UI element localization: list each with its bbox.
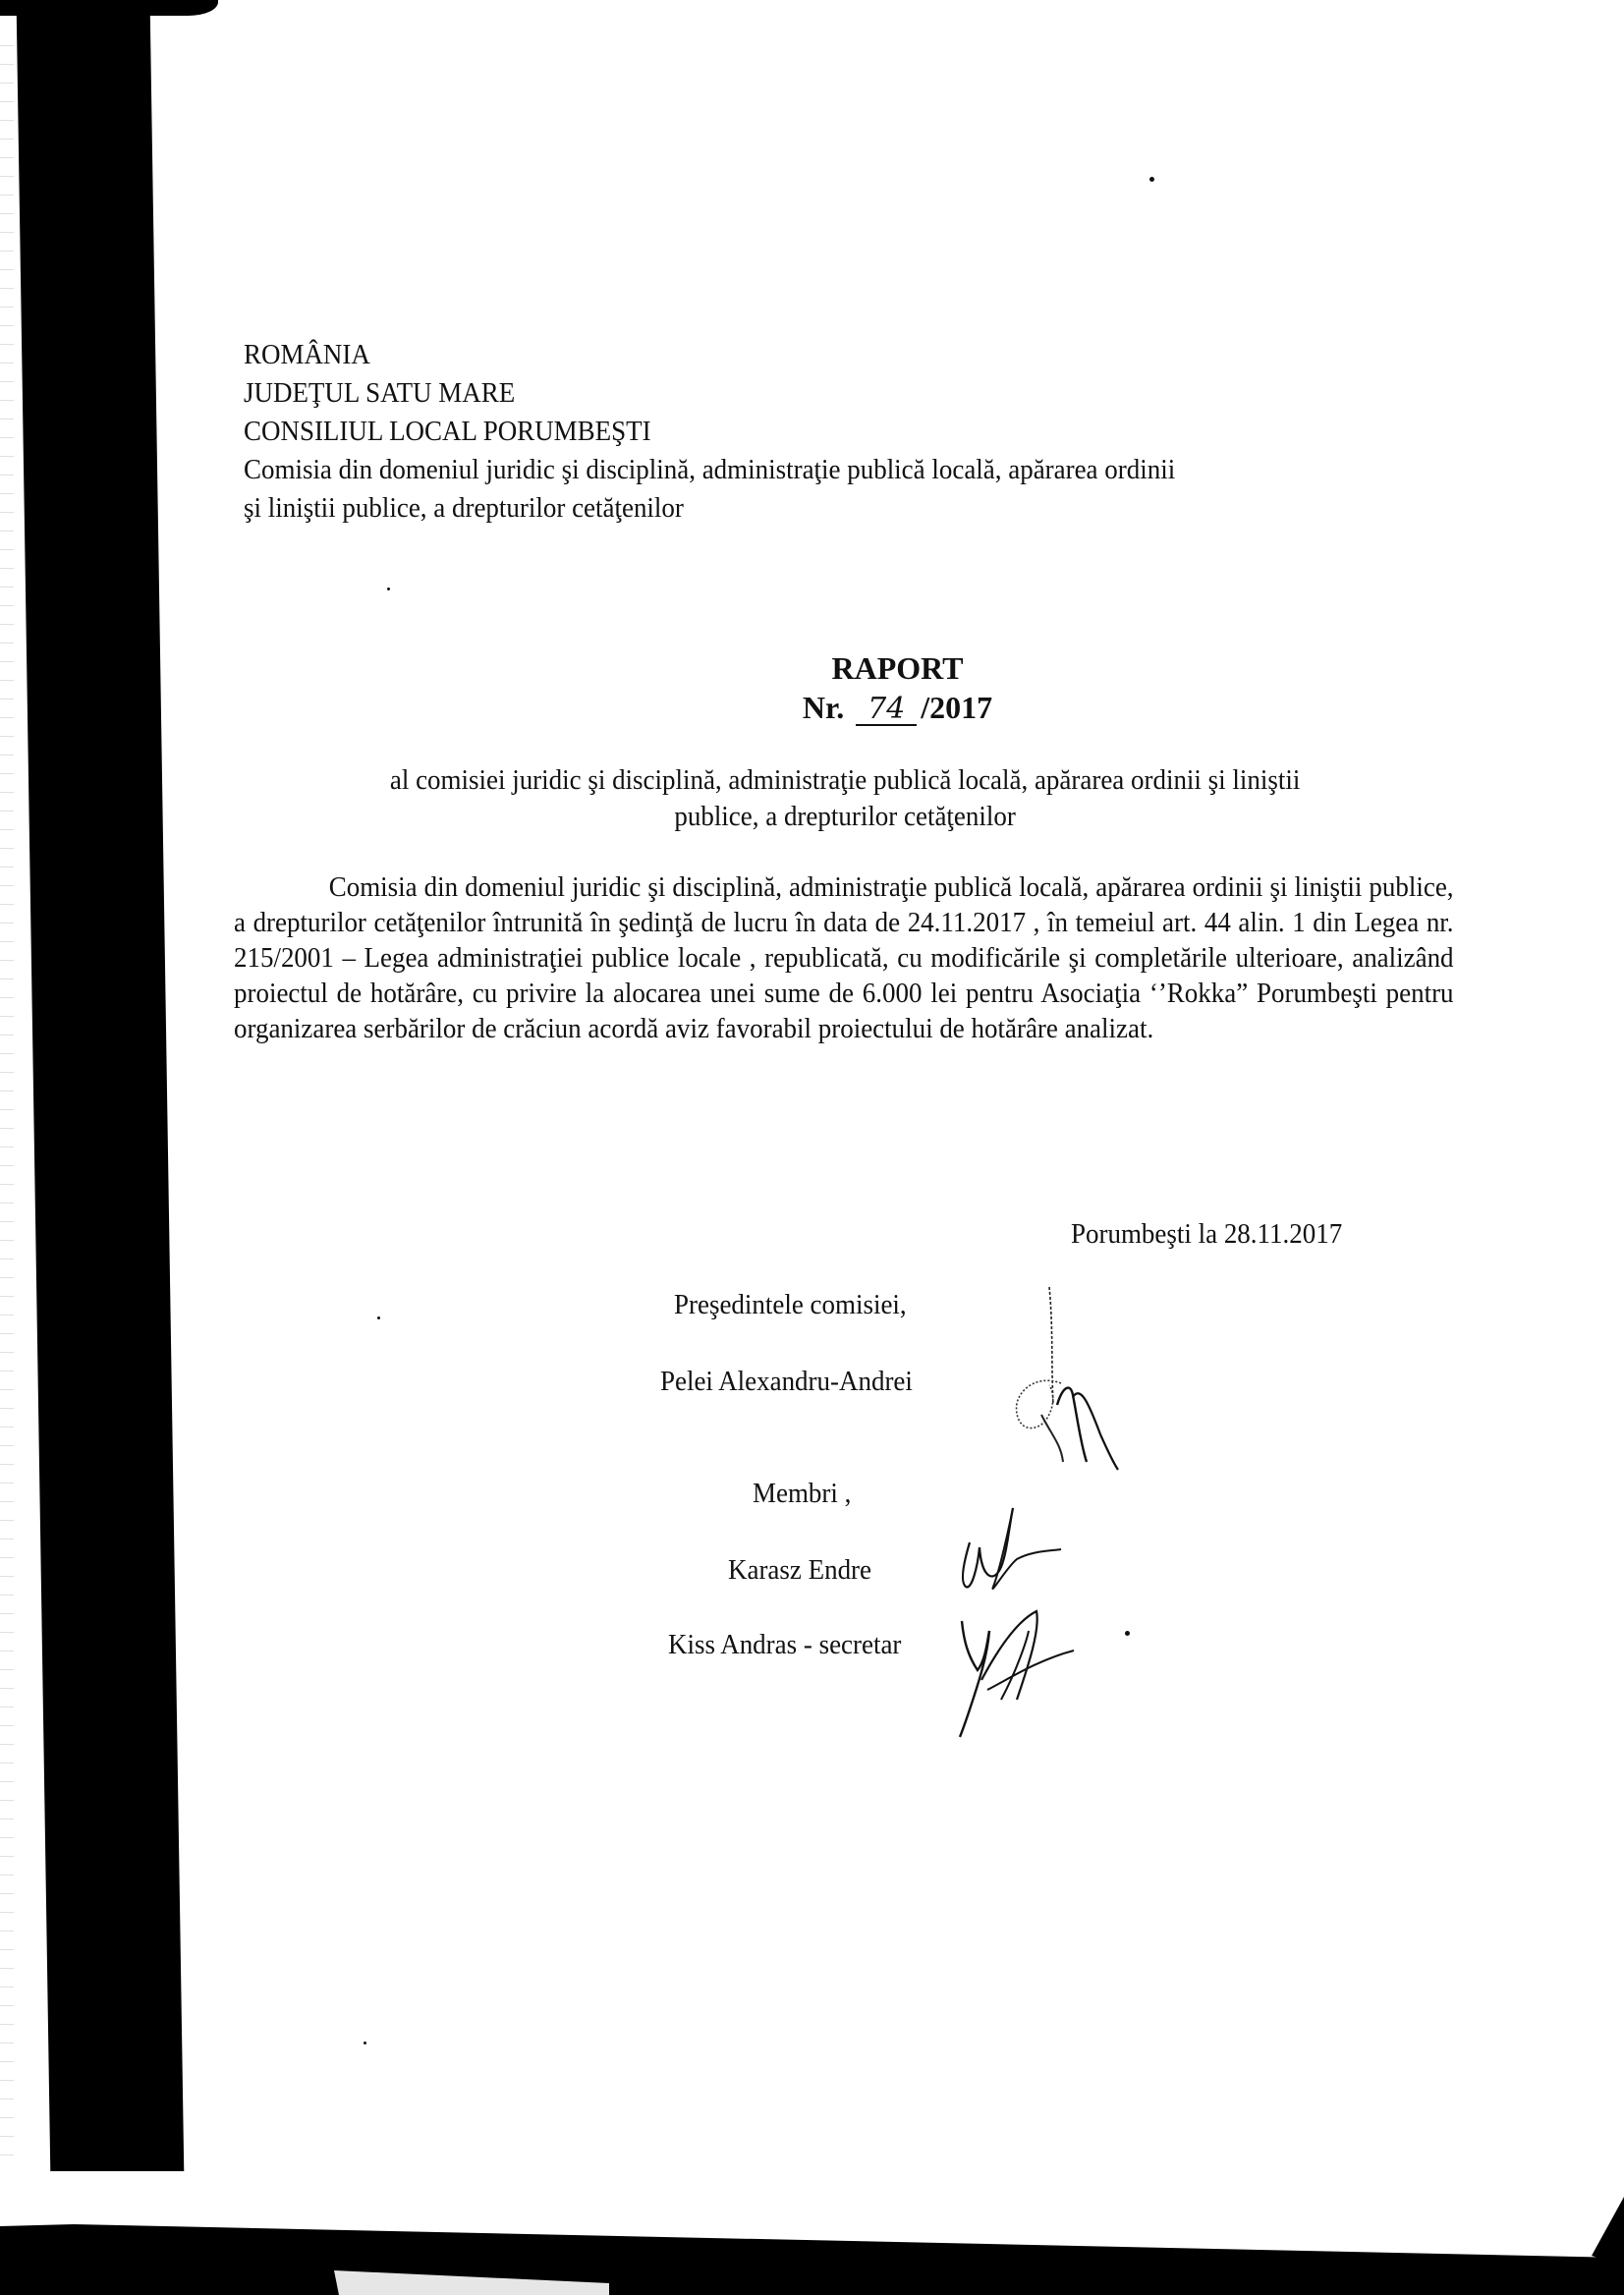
header-commission-line2: şi liniştii publice, a drepturilor cetăţ…: [244, 489, 1450, 528]
subtitle-line1: al comisiei juridic şi disciplină, admin…: [390, 762, 1300, 799]
scan-speck: [377, 1316, 380, 1319]
members-label: Membri ,: [753, 1478, 851, 1510]
report-number: Nr. 74/2017: [0, 688, 1624, 727]
report-title: RAPORT Nr. 74/2017: [0, 648, 1624, 727]
report-number-prefix: Nr.: [803, 690, 844, 725]
member2-signature-icon: [958, 1611, 1076, 1739]
member1-signature-icon: [958, 1508, 1066, 1596]
document-header: ROMÂNIA JUDEŢUL SATU MARE CONSILIUL LOCA…: [244, 336, 1450, 528]
subtitle-line2: publice, a drepturilor cetăţenilor: [390, 799, 1300, 835]
document-page: ROMÂNIA JUDEŢUL SATU MARE CONSILIUL LOCA…: [0, 0, 1624, 2295]
place-and-date: Porumbeşti la 28.11.2017: [1071, 1218, 1342, 1251]
header-commission-line1: Comisia din domeniul juridic şi discipli…: [244, 451, 1450, 489]
scan-speck: [364, 2042, 366, 2044]
report-number-suffix: /2017: [921, 690, 992, 725]
president-label: Preşedintele comisiei,: [674, 1289, 907, 1321]
header-country: ROMÂNIA: [244, 336, 1450, 374]
report-body: Comisia din domeniul juridic şi discipli…: [234, 869, 1454, 1046]
member-name-2: Kiss Andras - secretar: [668, 1629, 901, 1661]
report-number-handwritten: 74: [856, 695, 917, 726]
scan-speck: [387, 588, 390, 590]
member-name-1: Karasz Endre: [728, 1554, 871, 1587]
report-heading: RAPORT: [0, 648, 1624, 688]
header-county: JUDEŢUL SATU MARE: [244, 374, 1450, 413]
header-council: CONSILIUL LOCAL PORUMBEŞTI: [244, 413, 1450, 451]
scan-speck: [1125, 1631, 1130, 1636]
president-name: Pelei Alexandru-Andrei: [660, 1366, 913, 1398]
body-paragraph: Comisia din domeniul juridic şi discipli…: [234, 869, 1454, 1046]
report-subtitle: al comisiei juridic şi disciplină, admin…: [236, 762, 1454, 835]
scan-speck: [1149, 177, 1154, 182]
president-signature-icon: [1002, 1287, 1159, 1474]
